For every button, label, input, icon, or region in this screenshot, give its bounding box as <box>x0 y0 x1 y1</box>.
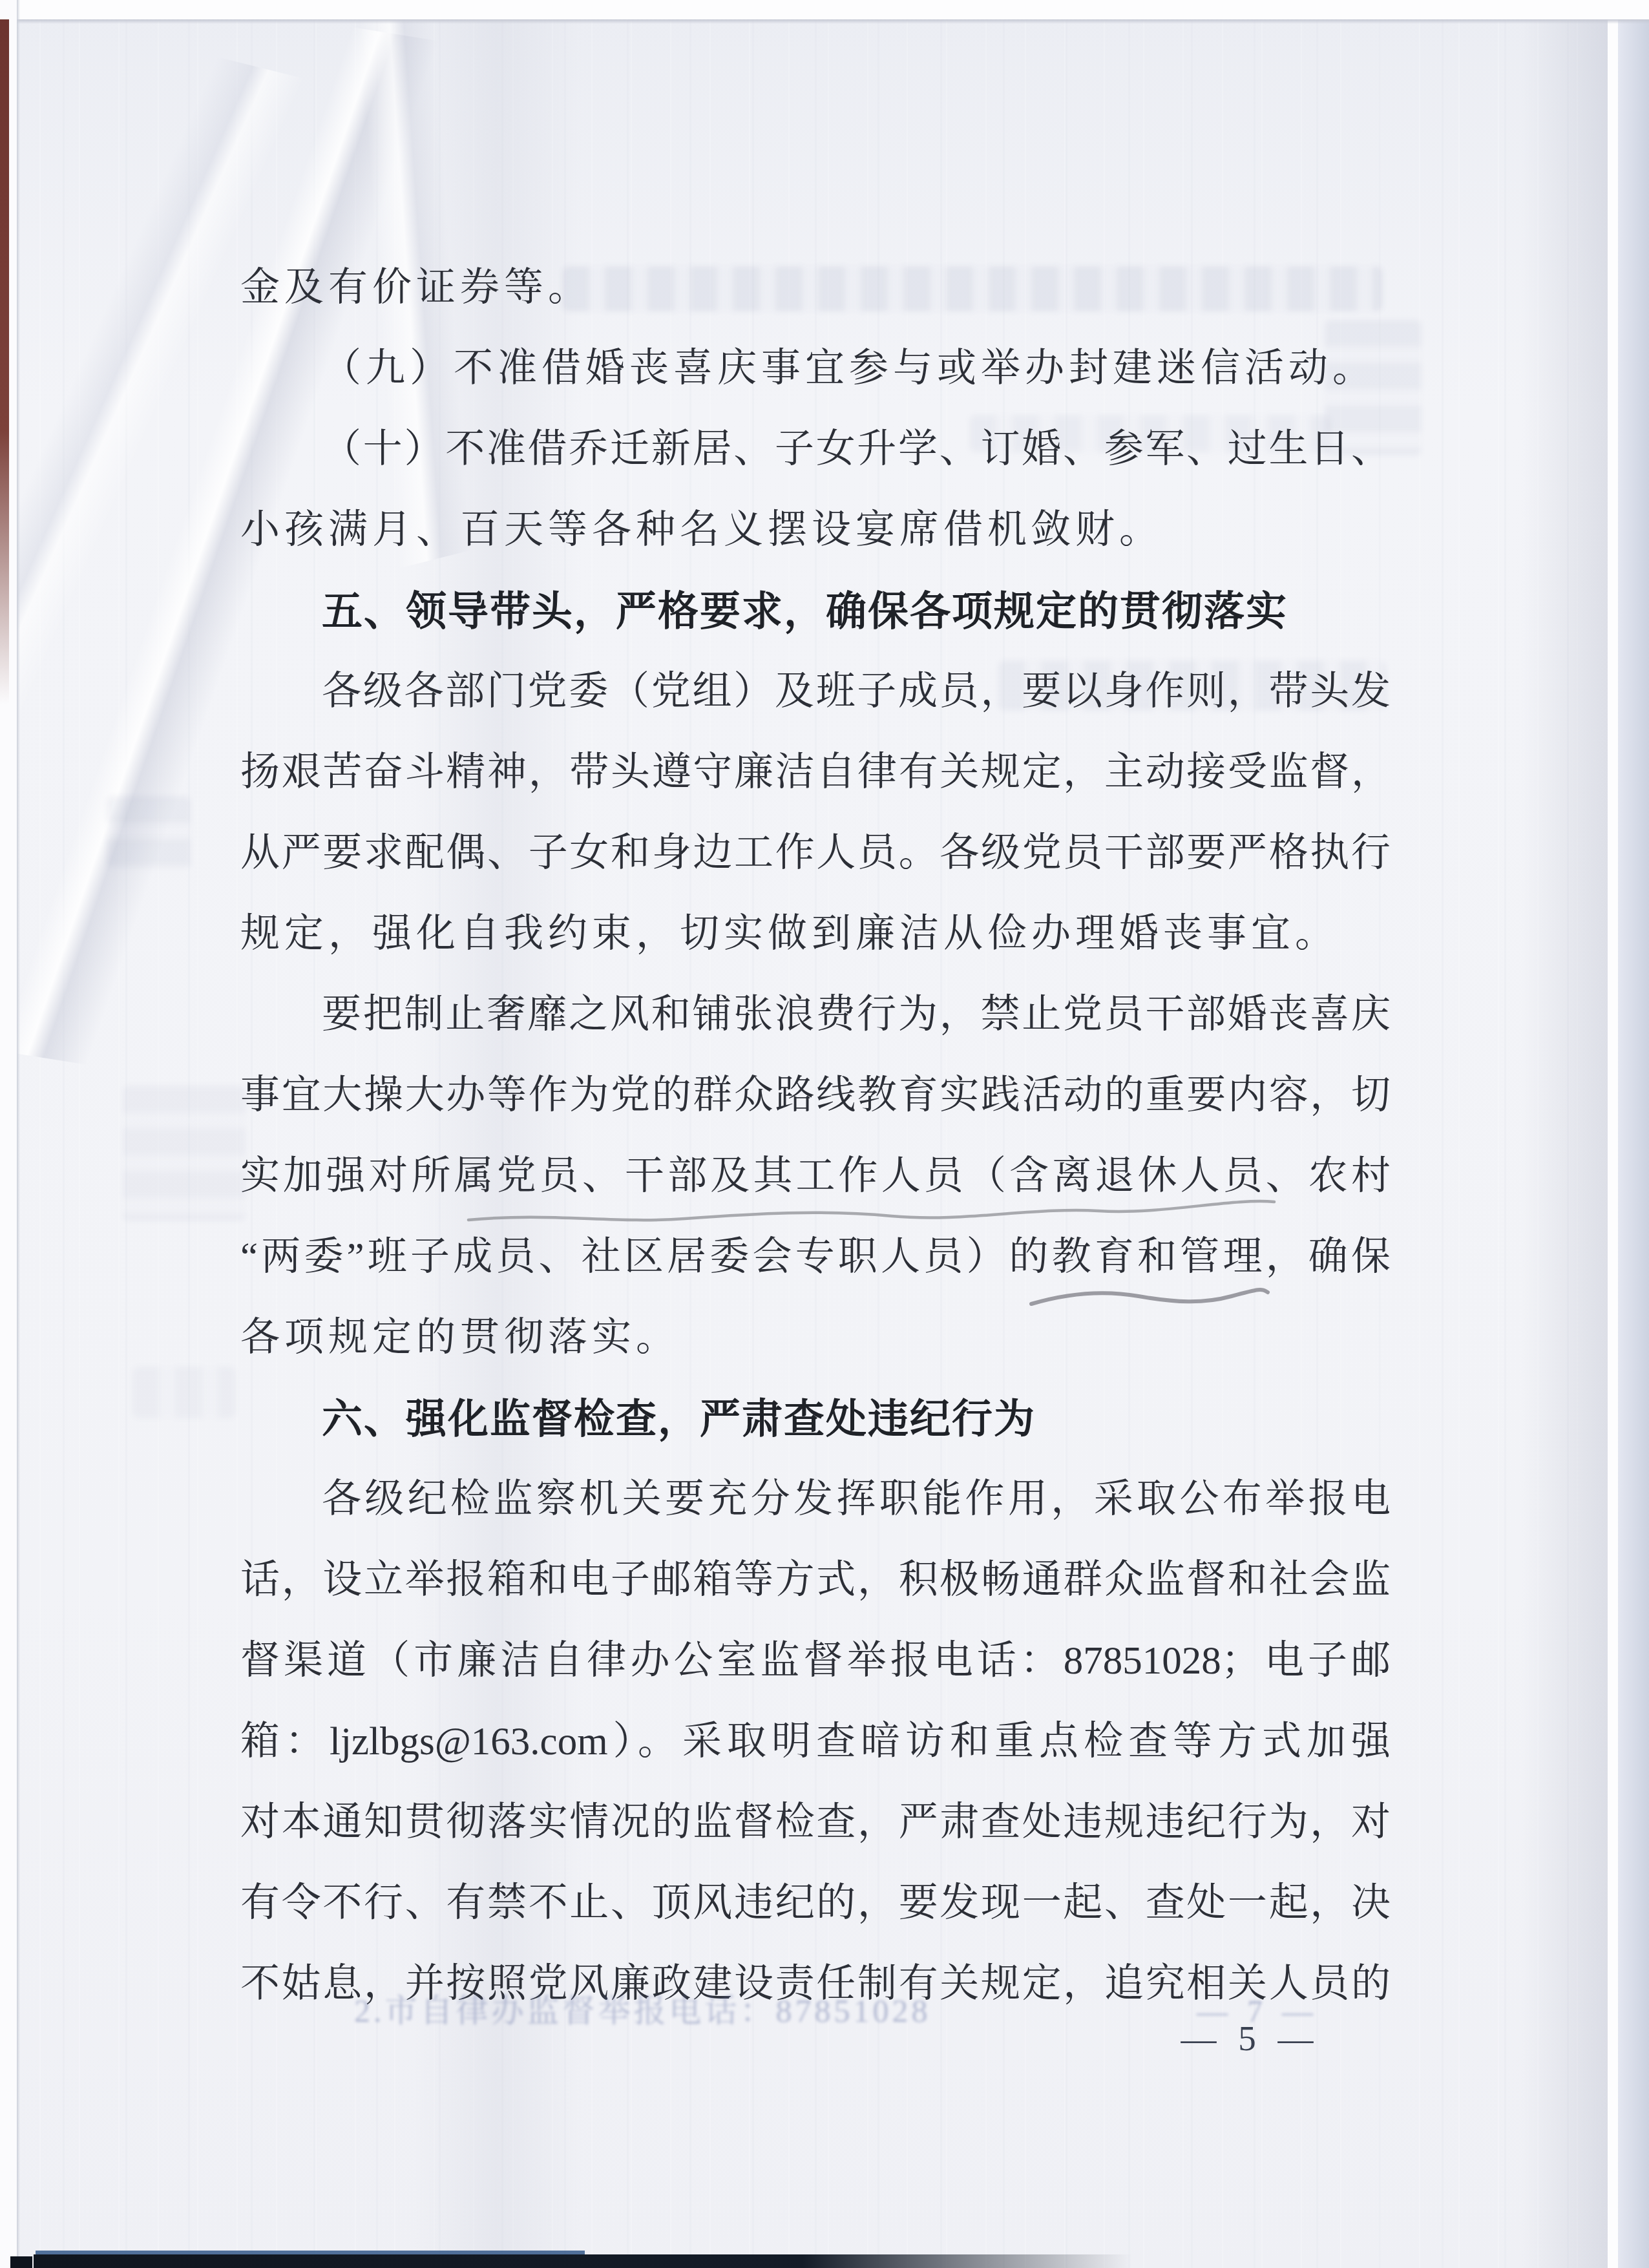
right-edge-shadow <box>1522 0 1609 2268</box>
text-line: 从严要求配偶、子女和身边工作人员。各级党员干部要严格执行 <box>240 813 1391 894</box>
scanner-right-band <box>1618 0 1649 2268</box>
page-number: — 5 — <box>1176 2016 1325 2061</box>
text-line: 话，设立举报箱和电子邮箱等方式，积极畅通群众监督和社会监 <box>240 1540 1391 1621</box>
text-line: （九）不准借婚丧喜庆事宜参与或举办封建迷信活动。 <box>240 328 1391 409</box>
text-line: 规定，强化自我约束，切实做到廉洁从俭办理婚丧事宜。 <box>240 894 1391 974</box>
text-line: 扬艰苦奋斗精神，带头遵守廉洁自律有关规定，主动接受监督， <box>240 732 1391 813</box>
paper-top-edge <box>0 19 1649 24</box>
section-heading: 五、领导带头，严格要求，确保各项规定的贯彻落实 <box>240 571 1391 651</box>
bottom-corner-mark <box>10 2256 32 2268</box>
text-line: 督渠道（市廉洁自律办公室监督举报电话：87851028；电子邮 <box>240 1621 1391 1701</box>
scanner-top-margin <box>0 0 1649 19</box>
text-line: （十）不准借乔迁新居、子女升学、订婚、参军、过生日、 <box>240 409 1391 490</box>
paper-right-edge-highlight <box>1608 0 1618 2268</box>
text-line: “两委”班子成员、社区居委会专职人员）的教育和管理，确保 <box>240 1217 1391 1297</box>
document-text-block: 金及有价证券等。 （九）不准借婚丧喜庆事宜参与或举办封建迷信活动。 （十）不准借… <box>240 247 1391 2024</box>
bleedthrough-hotline-text: 2.市自律办监督举报电话：87851028 <box>354 1985 931 2032</box>
paper-sheet: 金及有价证券等。 （九）不准借婚丧喜庆事宜参与或举办封建迷信活动。 （十）不准借… <box>0 0 1649 2268</box>
text-line: 要把制止奢靡之风和铺张浪费行为，禁止党员干部婚丧喜庆 <box>240 974 1391 1055</box>
scanned-page: 金及有价证券等。 （九）不准借婚丧喜庆事宜参与或举办封建迷信活动。 （十）不准借… <box>0 0 1649 2268</box>
bleedthrough-blob <box>123 1086 246 1221</box>
text-line: 事宜大操大办等作为党的群众路线教育实践活动的重要内容，切 <box>240 1055 1391 1136</box>
text-line: 小孩满月、百天等各种名义摆设宴席借机敛财。 <box>240 490 1391 571</box>
bleedthrough-blob <box>107 796 191 870</box>
paper-left-edge <box>17 0 20 2268</box>
binding-strip <box>0 19 9 704</box>
text-line: 有令不行、有禁不止、顶风违纪的，要发现一起、查处一起，决 <box>240 1863 1391 1944</box>
text-line: 金及有价证券等。 <box>240 247 1391 328</box>
text-line: 对本通知贯彻落实情况的监督检查，严肃查处违规违纪行为，对 <box>240 1782 1391 1863</box>
section-heading: 六、强化监督检查，严肃查处违纪行为 <box>240 1378 1391 1459</box>
scanner-bottom-strip <box>34 2254 1132 2268</box>
text-line: 各项规定的贯彻落实。 <box>240 1297 1391 1378</box>
text-line: 各级各部门党委（党组）及班子成员，要以身作则，带头发 <box>240 651 1391 732</box>
text-line: 实加强对所属党员、干部及其工作人员（含离退休人员、农村 <box>240 1136 1391 1217</box>
bleedthrough-blob <box>132 1367 236 1418</box>
text-line: 各级纪检监察机关要充分发挥职能作用，采取公布举报电 <box>240 1459 1391 1540</box>
text-line: 箱：ljzlbgs@163.com）。采取明查暗访和重点检查等方式加强 <box>240 1701 1391 1782</box>
